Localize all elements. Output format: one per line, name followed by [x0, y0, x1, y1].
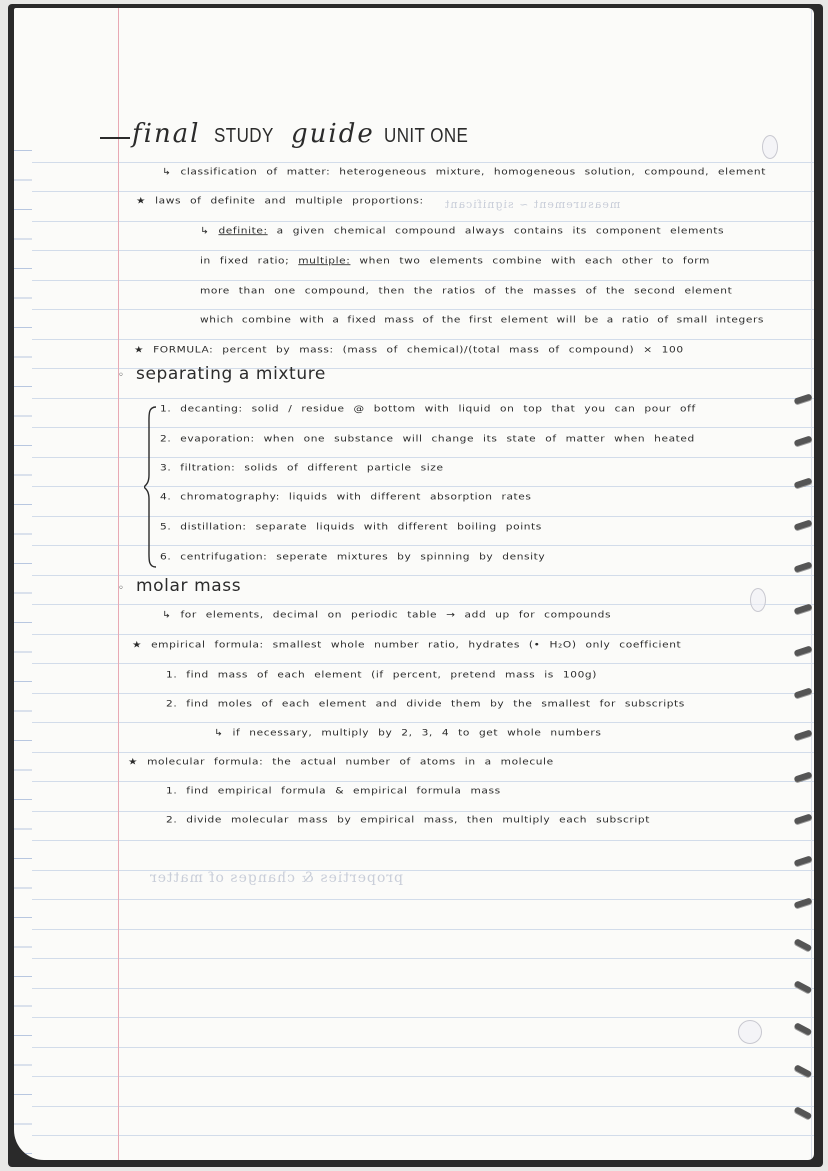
right-margin-line — [811, 8, 812, 1160]
molecular-step-1: 1. find empirical formula & empirical fo… — [166, 786, 501, 796]
empirical-step-1: 1. find mass of each element (if percent… — [166, 670, 597, 680]
left-edge-rules — [14, 136, 32, 1160]
empirical-step-2-note: ↳ if necessary, multiply by 2, 3, 4 to g… — [214, 728, 601, 738]
section-heading-molar-mass: molar mass — [136, 576, 241, 596]
ring-hole-icon — [738, 1020, 762, 1044]
note-line-formula: ★ FORMULA: percent by mass: (mass of che… — [134, 345, 684, 355]
star-icon: ★ — [136, 196, 146, 206]
term-multiple: multiple: — [298, 256, 350, 266]
ring-hole-icon — [750, 588, 766, 612]
separation-item-2: 2. evaporation: when one substance will … — [160, 434, 695, 444]
note-line-multiple: in fixed ratio; multiple: when two eleme… — [200, 256, 710, 266]
separation-item-5: 5. distillation: separate liquids with d… — [160, 522, 542, 532]
title-script-guide: guide — [291, 119, 375, 149]
separation-item-6: 6. centrifugation: seperate mixtures by … — [160, 552, 545, 562]
title-caps-study: STUDY — [214, 125, 274, 148]
note-line-multiple-2: more than one compound, then the ratios … — [200, 286, 732, 296]
molar-mass-molecular: ★ molecular formula: the actual number o… — [128, 757, 554, 767]
page-title: final STUDY guide UNIT ONE — [100, 119, 483, 149]
curly-brace-icon — [144, 405, 158, 569]
section-heading-separating: separating a mixture — [136, 364, 326, 384]
arrow-icon: ↳ — [200, 226, 209, 236]
bleed-through-text: properties & changes of matter — [149, 870, 403, 886]
note-line-definite: ↳ definite: a given chemical compound al… — [200, 226, 724, 236]
notebook-page: measurement ~ significant properties & c… — [14, 8, 814, 1160]
bullet-icon: ◦ — [118, 583, 124, 594]
molecular-step-2: 2. divide molecular mass by empirical ma… — [166, 815, 650, 825]
arrow-icon: ↳ — [162, 167, 171, 177]
empirical-step-2: 2. find moles of each element and divide… — [166, 699, 685, 709]
separation-item-1: 1. decanting: solid / residue @ bottom w… — [160, 404, 696, 414]
separation-item-4: 4. chromatography: liquids with differen… — [160, 492, 532, 502]
note-line-laws: ★ laws of definite and multiple proporti… — [136, 196, 424, 206]
bleed-through-text: measurement ~ significant — [444, 198, 620, 211]
title-flourish — [100, 137, 130, 139]
star-icon: ★ — [134, 345, 144, 355]
title-script-final: final — [132, 119, 201, 149]
note-line-multiple-3: which combine with a fixed mass of the f… — [200, 315, 764, 325]
separation-item-3: 3. filtration: solids of different parti… — [160, 463, 444, 473]
term-definite: definite: — [218, 226, 267, 236]
bullet-icon: ◦ — [118, 370, 124, 381]
molar-mass-line-1: ↳ for elements, decimal on periodic tabl… — [162, 610, 611, 620]
title-caps-unit-one: UNIT ONE — [384, 125, 468, 148]
ring-hole-icon — [762, 135, 778, 159]
note-line-classification: ↳ classification of matter: heterogeneou… — [162, 167, 766, 177]
molar-mass-empirical: ★ empirical formula: smallest whole numb… — [132, 640, 681, 650]
